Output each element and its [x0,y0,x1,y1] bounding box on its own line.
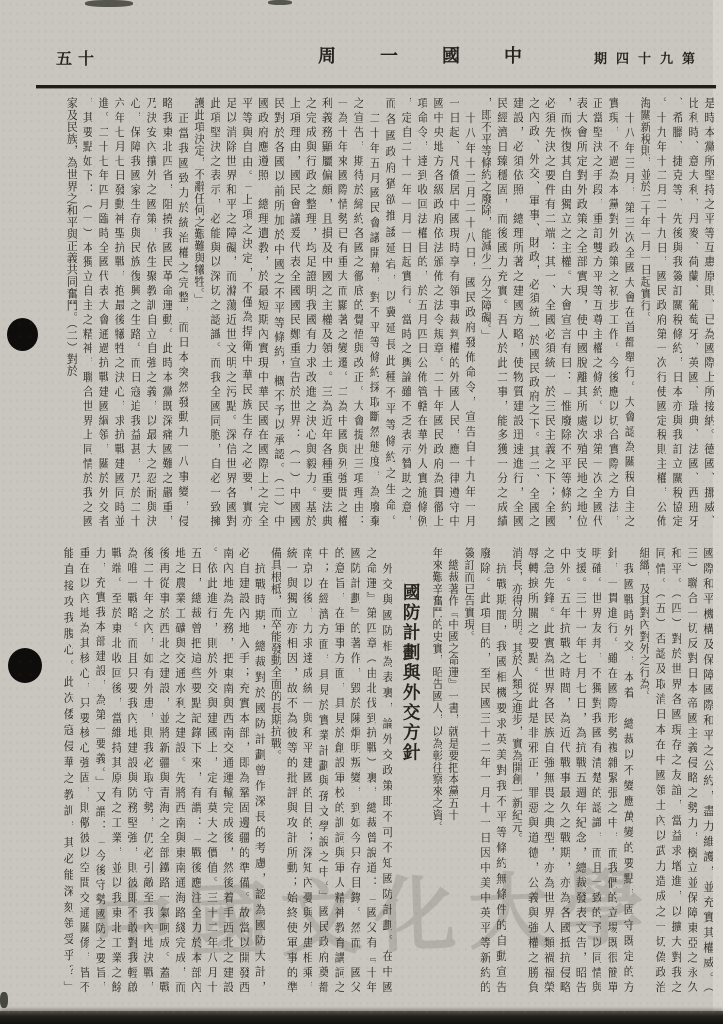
text-column: 心，保障我國家生存與民族復興之生路。而日寇迫我益甚，乃於二十 [124,97,140,527]
text-column: 抗戰期間，我國相機要求英美對我不平等條約無條件的自動宣告 [490,547,506,993]
text-column: 、希臘、捷克等、先後與我簽訂關稅條約，日本亦與我訂立關稅協定 [666,97,682,527]
text-column: 正當堅決之手段，重訂雙方平等互尊主權之條約。以求第一次全國代 [587,97,603,527]
text-column: 針，一貫進行。雖在國際形勢複雜緊張之中，而我們的立場既很簡單 [601,547,617,993]
section-title: 國防計劃與外交方針 [392,547,426,993]
text-column: 之完成與行政之整理，均足證明我國有力求改進之決心與毅力。基於 [300,97,316,527]
text-column: 足以消除世界和平之障礙，而滌蕩近世文明之污點。深信世界各國對 [220,97,236,527]
text-column: ，定自二十一年一月一日起實行。當時之輿論雖不乏表示贊助之意， [395,97,411,527]
text-column: 戰端。至於東北收回後，當維持其原有之工業，並以我東北工業之餘 [105,547,121,993]
text-column: 略我東北四省，阻撓我國民革命運動。此時本黨既深痛國難之嚴重， [156,97,172,527]
text-column: 能直接攻我腹心。此次倭寇侵華之教訓，其必能深刻領受乎？」 [57,547,73,993]
text-column: 重在以內地為其核心，只要核心強固，則儆彼以空間交通關係，皆不 [73,547,89,993]
text-column: 表大會所定對外政策之全部實現，使中國脫離其所處次殖民地之地位 [571,97,587,527]
text-column: 明確。世界友邦，不獨對我國有清楚的認識，而且一致的予以同情與 [586,547,602,993]
masthead-title: 周一國中 [318,42,566,68]
text-column: 和平。（四）對於世界各國現存之友誼，當益求增進，以擴大對我之 [665,547,681,993]
text-column: 之宣告，期待於締約各國之徹底的覺悟與改正。大會提出三項理由： [347,97,363,527]
header-rule [36,85,716,88]
text-column: 上項理由，國民會議爰代表全國國民鄭重宣告於世界：（一）中國國 [284,97,300,527]
text-column: 利義務顯屬偏頗，且損及中國之主權及領土。三為近年各種重要法典 [316,97,332,527]
text-column: 的意旨，在軍事方面，具見於創設軍校的訓詞與軍人精神教育講詞之 [328,547,344,993]
text-column: 乃決安內攘外之國策，依生聚教訓自立自強之義，以最大之忍耐與決 [140,97,156,527]
text-column: 同情。（五）否認及取消日本在中國領土內以武力造成之一切偽政治 [649,547,665,993]
scan-smudge [268,0,292,5]
text-column: 組織，及其對內對外之行為。 [633,547,649,993]
text-column: 是時本黨所堅持之平等互惠原則、已為國際上所接納。德國、挪威、 [698,97,714,527]
scanned-page: 中國文化大學 五十 周一國中 期四十九第 是時本黨所堅持之平等互惠原則、已為國際… [0,0,723,1024]
text-column: 五日，總裁曾把這些要點記錄下來，有謂：「戰後應注全力於本部內 [185,547,201,993]
text-column: 國際和平機構及保障國際和平之公約，盡力維護，並充實其權威。（ [697,547,713,993]
article-top-block: 是時本黨所堅持之平等互惠原則、已為國際上所接納。德國、挪威、比利時、意大利、丹麥… [58,97,714,527]
text-column: 國政府應遵照 總理遺教，於最短期內實現中華民國在國際上之完全 [252,97,268,527]
text-column: 一為十年來國際情勢已有重大而顯著之變遷。二為中國與列強間之權 [332,97,348,527]
text-column: 之急先鋒。此實為世界各民族自強無畏之典型，亦為世界人類禍福榮 [538,547,554,993]
text-column: 而各國政府猶欲推諉延宕，以冀延長此種不平等條約之生命。 [379,97,395,527]
text-column: 抗戰時期，總裁對於國防計劃曾作深長的考慮，認為國防大計， [249,547,265,993]
text-column: 簽訂而已告實現。 [458,547,474,993]
text-column: 護此項決定，不辭任何之艱難與犧牲。」 [188,97,204,527]
text-column: 民對於各國以前所加於中國之不平等條約，概不予以承認。（二）中 [268,97,284,527]
text-column: 國中央地方各級政府依法頒佈之法令規章。二十年國民政府為貫徹上 [427,97,443,527]
scan-edge-shadow [0,1011,723,1024]
text-column: 支援。三十一年七月七日，為抗戰五週年紀念，總裁發表文告，昭告 [570,547,586,993]
text-column: 為唯一戰略。而且只要我內地建設與防務堅強，則彼即不敢對我輕啟 [121,547,137,993]
text-column: 南內地為先務，把東南與西南交通運輸完成後，然後着手西北之建設 [217,547,233,993]
punch-hole-mark [7,318,38,351]
text-column: 之內政、外交、軍事、財政，必須統一於國民政府之下。其二、全國之 [523,97,539,527]
punch-hole-mark [8,648,42,683]
text-column: 我國戰時外交，本着 總裁以不變應萬變的要點，固守既定的方 [617,547,633,993]
text-column: 後再從事於西北之建設，並將新疆與青海之全部鐵路一氣呵成。蓋戰 [153,547,169,993]
text-column: 實現，不過為本黨對外政策之初步工作。今後應以切合實際之方法， [602,97,618,527]
text-column: 項命令，達到收回法權目的，於五月四日公佈管轄在華外人實施條例 [411,97,427,527]
text-column: 外交與國防相為表裏，論外交政策即不可不知國防計劃。在中國 [376,547,392,993]
text-column: 海關新稅則，並於二十年一月一日起實行。 [634,97,650,527]
text-column: 中外。五年抗戰之時間，為近代戰事最久之戰期，亦為各國抵抗侵略 [554,547,570,993]
text-column: ，其要點如下：（一）本獨立自主之精神，聯合世界上同情於我之國 [77,97,93,527]
text-column: 備具根柢，而卒能發動全面的長期抗戰。 [265,547,281,993]
text-column: 。依此進行，則於外交與建國上，定有莫大之價值。三十二年八月十 [201,547,217,993]
text-column: 南京以後，力求達成統一與和平建國的目的；深知內憂與外患相乘， [297,547,313,993]
page-number: 五十 [56,46,100,69]
text-column: 。十九年十二月二十九日，國民政府第一次行使國定稅則主權，公佈 [650,97,666,527]
text-column: 必須先決之要件有二端：其一、全國必須統一於三民主義之下；全國 [539,97,555,527]
text-column: 地之農業工礦與交通水利之建設。先將西南與東南通海路綫完成，而 [169,547,185,993]
text-column: 之命運』第四章（由北伐到抗戰）裏，總裁曾說道：「國父有『十年 [360,547,376,993]
text-column: 建設，必須依照 總理所著之建國方略，使物質建設迅速進行，全國 [507,97,523,527]
text-column: ，即不平等條約之廢除，能減少一分之障礙。」 [475,97,491,527]
text-column: 消長，亦得分明。其於人類之進步，實為開創一新紀元。 [506,547,522,993]
text-column: 年來艱辛奮鬥的史實，昭告國人，以為彰往察來之資。 [426,547,442,993]
scan-edge-right [713,0,723,1024]
text-column: 總裁著作『中國之命運』一書，就是要把本黨五十 [442,547,458,993]
text-column: 國防計劃』的著作，毀於陳烱明叛變，到如今只存目錄。然而 國父 [344,547,360,993]
text-column: 中；在經濟方面，具見於實業計劃與孫文學說之中。」國民政府奠都 [312,547,328,993]
text-column: 正當我國致力於統治權之完整，而日本突然發動九一八事變，侵 [172,97,188,527]
text-column: 一日起、凡僑居中國現時享有領事裁判權的外國人民，應一律遵守中 [443,97,459,527]
page-header: 五十 周一國中 期四十九第 [0,42,723,72]
text-column: 家及民族，為世界之和平與正義共同奮鬥。（二）對於 [61,97,77,527]
text-column: 廢除。此項目的，至民國三十二年一月十一日因中美中英平等新約的 [474,547,490,993]
issue-number: 期四十九第 [594,48,704,67]
text-column: ，而恢復其自由獨立之主權。大會宣言有曰：「惟廢除不平等條約， [555,97,571,527]
text-column: 辱轉捩所關之要點。從此是非邪正，罪惡與道德，公義與強權之勝負 [522,547,538,993]
text-column: 必自建設內地入手；充實本部，即為鞏固邊疆的準備。故當以開發西 [233,547,249,993]
text-column: 二十年五月國民會議開幕，對不平等條約採取斷然態度，為廢棄 [363,97,379,527]
text-column: 進。二十七年四月臨時全國代表大會通過抗戰建國綱領，關於外交者 [92,97,108,527]
text-column: 十八年三月，第三次全國大會在首都舉行。大會認為關稅自主之 [618,97,634,527]
text-column: 比利時、意大利、丹麥、荷蘭、葡萄牙、英國、瑞典、法國、西班牙 [682,97,698,527]
text-column: 統一與獨立亦相因，故不為彼等的批評與攻計所動；始終使軍事的準 [281,547,297,993]
scan-smudge [85,0,133,7]
text-column: 後二十年之內，如有外患，則我必取守勢，仍必引敵至我內地決戰， [137,547,153,993]
article-bottom-block: 國際和平機構及保障國際和平之公約，盡力維護，並充實其權威。（三）聯合一切反對日本… [55,547,713,993]
text-column: 十八年十二月二十八日，國民政府發佈命令，宣告自十九年一月 [459,97,475,527]
text-column: 六年七月七日發動神聖抗戰，抱最後犧牲之決心，求抗戰建國同時並 [108,97,124,527]
text-column: 力，充實我本部建設，為第一要義。」又謂：「今後守勢國防之要旨， [89,547,105,993]
text-column: 平等與自由。「上項之決定，不僅為捍衛中華民族生存之必要，實亦 [236,97,252,527]
text-column: 三）聯合一切反對日本帝國主義侵略之勢力，樹立並保障東亞之永久 [681,547,697,993]
text-column: 此項堅決之表示，必能與以深切之認識。而我全國同胞，自必一致擁 [204,97,220,527]
text-column: 民經濟日臻穩固，而後國力充實。吾人於此二事，能多獲一分之成績 [491,97,507,527]
scan-smudge [0,992,8,1008]
